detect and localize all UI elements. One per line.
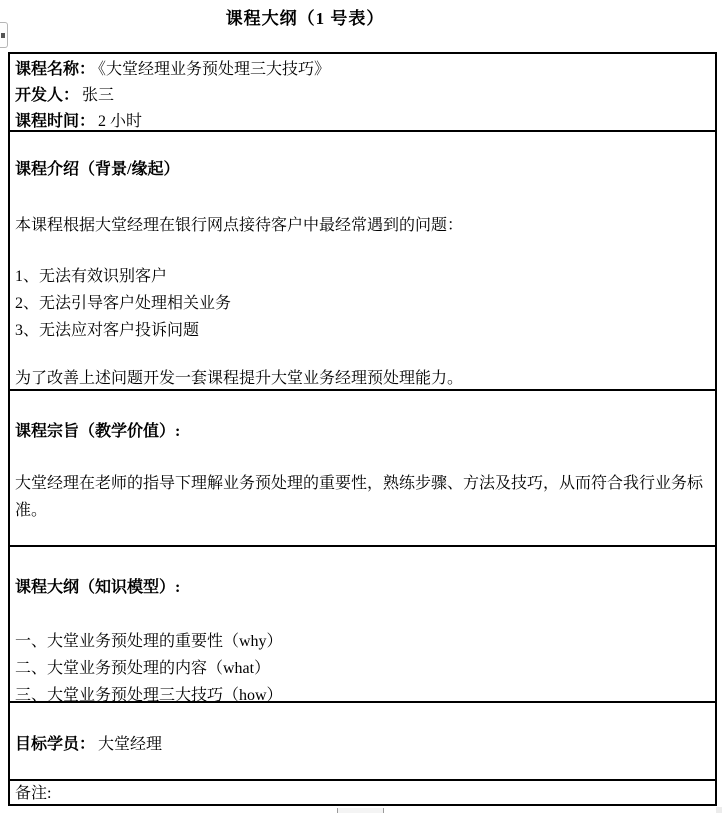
outline-item: 二、大堂业务预处理的内容（what） <box>15 655 705 682</box>
introduction-row: 课程介绍（背景/缘起） 本课程根据大堂经理在银行网点接待客户中最经常遇到的问题：… <box>10 132 715 391</box>
outline-list: 一、大堂业务预处理的重要性（why） 二、大堂业务预处理的内容（what） 三、… <box>15 628 705 703</box>
introduction-text: 本课程根据大堂经理在银行网点接待客户中最经常遇到的问题： <box>15 212 705 239</box>
introduction-conclusion: 为了改善上述问题开发一套课程提升大堂业务经理预处理能力。 <box>15 365 705 391</box>
developer-value: 张三 <box>82 87 114 104</box>
introduction-heading: 课程介绍（背景/缘起） <box>15 156 705 183</box>
collapse-glyph-icon <box>1 33 5 38</box>
audience-line: 目标学员：大堂经理 <box>15 731 705 758</box>
remarks-line: 备注: <box>15 785 705 803</box>
horizontal-scrollbar-thumb[interactable] <box>337 808 384 813</box>
course-name-label: 课程名称： <box>15 61 95 78</box>
problem-item: 2、无法引导客户处理相关业务 <box>15 290 705 317</box>
scrollbar-corner <box>716 807 722 813</box>
course-name-value: 《大堂经理业务预处理三大技巧》 <box>98 61 330 78</box>
audience-label: 目标学员： <box>15 736 95 753</box>
problem-list: 1、无法有效识别客户 2、无法引导客户处理相关业务 3、无法应对客户投诉问题 <box>15 263 705 344</box>
audience-row: 目标学员：大堂经理 <box>10 703 715 781</box>
remarks-row: 备注: <box>10 781 715 804</box>
course-outline-table: 课程名称：《大堂经理业务预处理三大技巧》 开发人：张三 课程时间：2 小时 课程… <box>8 52 717 806</box>
page-title: 课程大纲（1 号表） <box>0 4 610 29</box>
developer-label: 开发人： <box>15 87 79 104</box>
remarks-label: 备注: <box>15 785 51 802</box>
duration-label: 课程时间： <box>15 113 95 130</box>
purpose-text: 大堂经理在老师的指导下理解业务预处理的重要性，熟练步骤、方法及技巧，从而符合我行… <box>15 470 705 524</box>
duration-value: 2 小时 <box>98 113 142 130</box>
course-info-row: 课程名称：《大堂经理业务预处理三大技巧》 开发人：张三 课程时间：2 小时 <box>10 54 715 132</box>
outline-row: 课程大纲（知识模型）: 一、大堂业务预处理的重要性（why） 二、大堂业务预处理… <box>10 547 715 703</box>
audience-value: 大堂经理 <box>98 736 162 753</box>
outline-item: 三、大堂业务预处理三大技巧（how） <box>15 682 705 703</box>
purpose-heading: 课程宗旨（教学价值）: <box>15 418 705 445</box>
course-name-line: 课程名称：《大堂经理业务预处理三大技巧》 <box>15 57 705 83</box>
outline-item: 一、大堂业务预处理的重要性（why） <box>15 628 705 655</box>
outline-heading: 课程大纲（知识模型）: <box>15 574 705 601</box>
problem-item: 1、无法有效识别客户 <box>15 263 705 290</box>
purpose-row: 课程宗旨（教学价值）: 大堂经理在老师的指导下理解业务预处理的重要性，熟练步骤、… <box>10 391 715 547</box>
developer-line: 开发人：张三 <box>15 83 705 109</box>
duration-line: 课程时间：2 小时 <box>15 109 705 132</box>
problem-item: 3、无法应对客户投诉问题 <box>15 317 705 344</box>
